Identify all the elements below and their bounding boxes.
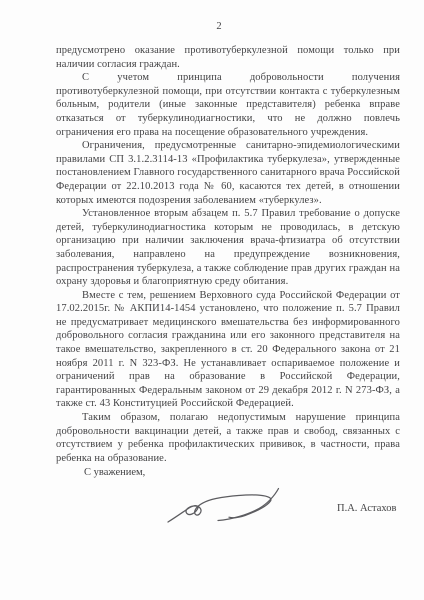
paragraph: предусмотрено оказание противотуберкулез… [56, 44, 400, 71]
paragraph: Установленное вторым абзацем п. 5.7 Прав… [56, 207, 400, 289]
paragraph: Вместе с тем, решением Верховного суда Р… [56, 289, 400, 411]
letter-body: предусмотрено оказание противотуберкулез… [56, 44, 400, 465]
signatory-name: П.А. Астахов [337, 502, 396, 515]
page-number: 2 [14, 21, 424, 33]
paragraph: С учетом принципа добровольности получен… [56, 71, 400, 139]
closing-salutation: С уважением, [84, 466, 145, 479]
paragraph: Таким образом, полагаю недопустимым нару… [56, 411, 400, 465]
handwritten-signature [155, 481, 305, 531]
paragraph: Ограничения, предусмотренные санитарно-э… [56, 139, 400, 207]
document-page: 2 предусмотрено оказание противотуберкул… [0, 0, 424, 600]
